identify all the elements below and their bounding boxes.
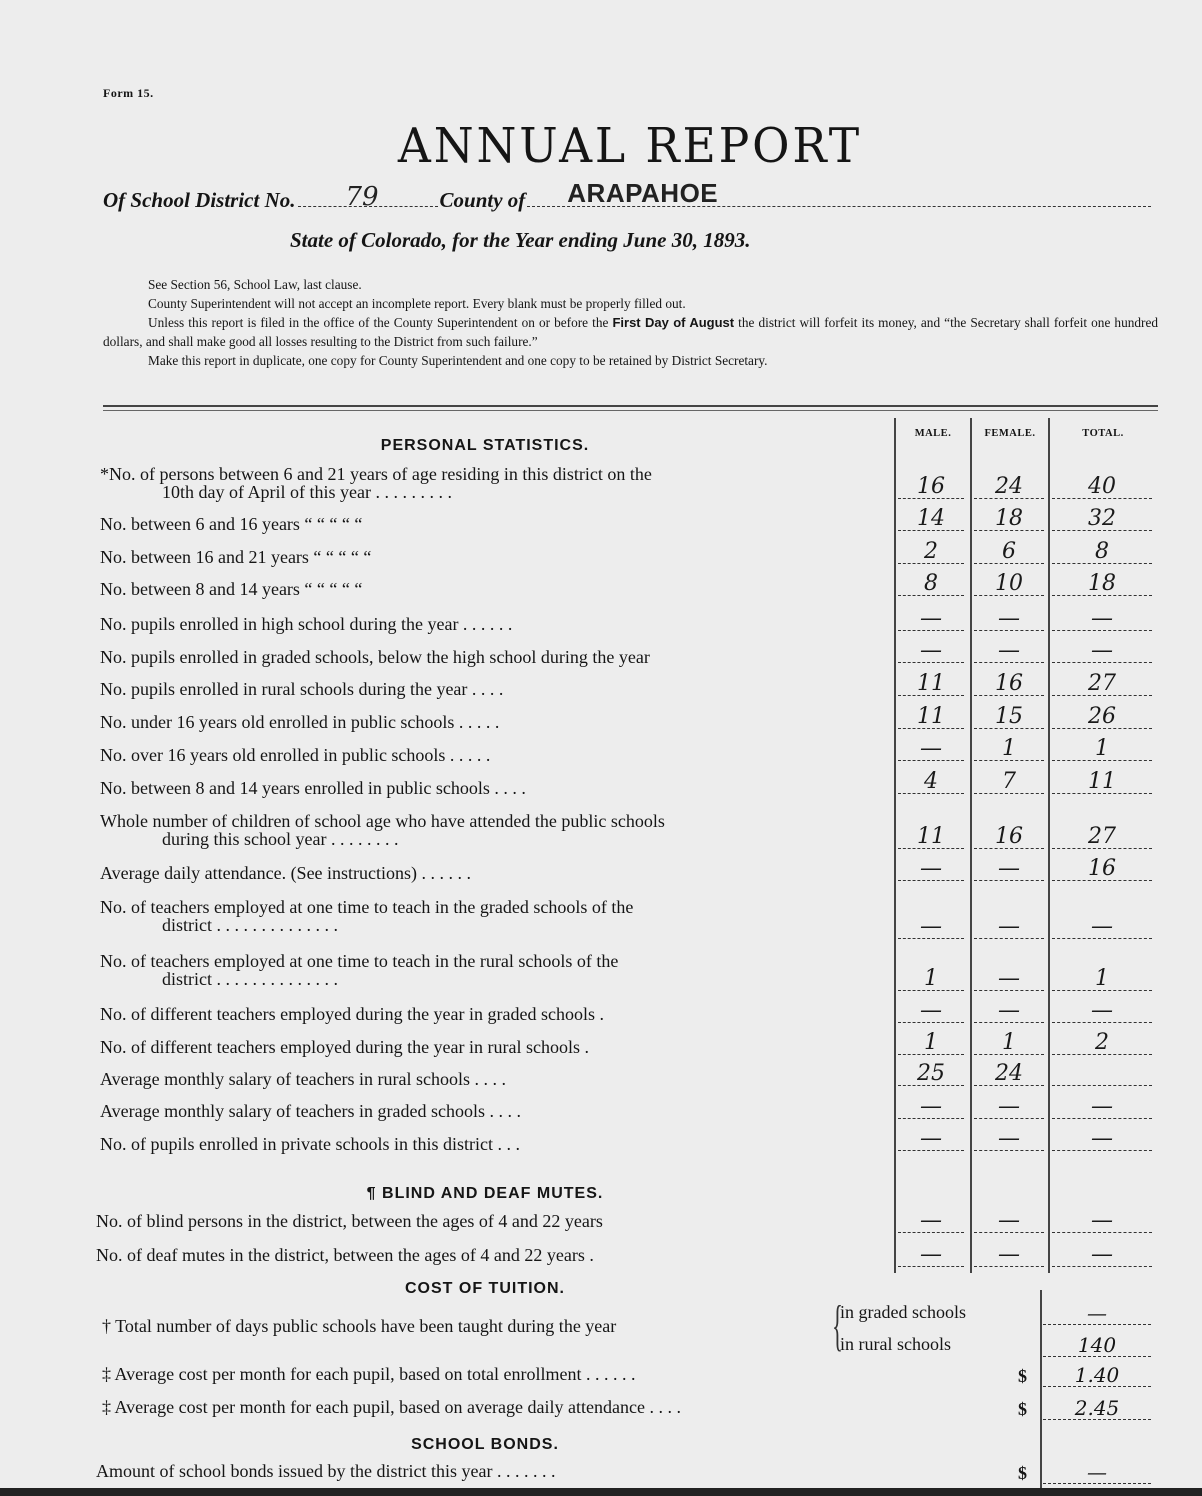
tuition-heading: COST OF TUITION. xyxy=(100,1280,870,1298)
column-total: TOTAL. xyxy=(1050,428,1156,439)
row-label-text: No. pupils enrolled in rural schools dur… xyxy=(100,679,503,699)
male-value-field[interactable]: 11 xyxy=(898,673,964,696)
total-value-field[interactable]: — xyxy=(1052,1128,1152,1151)
male-value-field[interactable]: — xyxy=(898,916,964,939)
note-section: See Section 56, School Law, last clause. xyxy=(103,275,1158,294)
female-value-field[interactable]: — xyxy=(974,1128,1044,1151)
dollar-sign: $ xyxy=(1018,1463,1027,1484)
stat-row-label: No. pupils enrolled in graded schools, b… xyxy=(100,648,870,666)
male-value-field[interactable]: — xyxy=(898,1128,964,1151)
female-value-field[interactable]: — xyxy=(974,1000,1044,1023)
note-deadline-date: First Day of August xyxy=(612,315,734,330)
cost-attendance-label: ‡ Average cost per month for each pupil,… xyxy=(102,1397,681,1418)
personal-statistics-heading: PERSONAL STATISTICS. xyxy=(100,437,870,455)
total-value-field[interactable]: 1 xyxy=(1052,968,1152,991)
female-value-field[interactable]: — xyxy=(974,1096,1044,1119)
days-taught-label: † Total number of days public schools ha… xyxy=(102,1316,616,1337)
stat-row-label: No. pupils enrolled in rural schools dur… xyxy=(100,680,870,698)
male-value-field[interactable]: — xyxy=(898,1000,964,1023)
district-line: Of School District No. 79 County of ARAP… xyxy=(103,188,1153,213)
total-value-field[interactable]: 8 xyxy=(1052,541,1152,564)
school-bonds-heading: SCHOOL BONDS. xyxy=(100,1436,870,1454)
stat-row-label: No. between 8 and 14 years “ “ “ “ “ xyxy=(100,580,870,598)
male-value-field[interactable]: 8 xyxy=(898,573,964,596)
female-value-field[interactable]: — xyxy=(974,968,1044,991)
female-value-field[interactable]: — xyxy=(974,608,1044,631)
total-value-field[interactable]: 27 xyxy=(1052,673,1152,696)
male-value-field[interactable]: 25 xyxy=(898,1063,964,1086)
female-value-field[interactable]: — xyxy=(974,916,1044,939)
total-value-field[interactable]: 32 xyxy=(1052,508,1152,531)
total-value-field[interactable]: 40 xyxy=(1052,476,1152,499)
total-value-field[interactable]: 2 xyxy=(1052,1032,1152,1055)
stat-row-label: No. of pupils enrolled in private school… xyxy=(100,1135,870,1153)
note-deadline-a: Unless this report is filed in the offic… xyxy=(148,315,612,330)
column-divider xyxy=(894,418,896,1273)
stat-row-label: No. of teachers employed at one time to … xyxy=(100,952,870,988)
stat-row-label: Average monthly salary of teachers in gr… xyxy=(100,1102,870,1120)
total-value-field[interactable]: — xyxy=(1052,1244,1152,1267)
total-value-field[interactable] xyxy=(1052,1063,1152,1086)
rural-schools-label: in rural schools xyxy=(840,1334,951,1355)
total-value-field[interactable]: 16 xyxy=(1052,858,1152,881)
row-label-text: No. of different teachers employed durin… xyxy=(100,1037,589,1057)
stat-row-label: No. of different teachers employed durin… xyxy=(100,1038,870,1056)
dollar-sign: $ xyxy=(1018,1366,1027,1387)
bonds-field[interactable]: — xyxy=(1043,1461,1151,1484)
blind-deaf-heading: ¶ BLIND AND DEAF MUTES. xyxy=(100,1185,870,1203)
female-value-field[interactable]: 15 xyxy=(974,706,1044,729)
male-value-field[interactable]: 14 xyxy=(898,508,964,531)
male-value-field[interactable]: — xyxy=(898,858,964,881)
female-value-field[interactable]: 16 xyxy=(974,673,1044,696)
stat-row-label: No. between 6 and 16 years “ “ “ “ “ xyxy=(100,515,870,533)
county-field[interactable]: ARAPAHOE xyxy=(527,192,1151,207)
stat-row-label: Average daily attendance. (See instructi… xyxy=(100,864,870,882)
total-value-field[interactable]: 26 xyxy=(1052,706,1152,729)
stat-row-label: No. of different teachers employed durin… xyxy=(100,1005,870,1023)
cost-enrollment-label: ‡ Average cost per month for each pupil,… xyxy=(102,1364,636,1385)
row-label-text: Whole number of children of school age w… xyxy=(100,811,665,831)
county-prefix: County of xyxy=(440,188,526,213)
column-divider xyxy=(970,418,972,1273)
column-divider xyxy=(1040,1290,1042,1496)
total-value-field[interactable]: 11 xyxy=(1052,771,1152,794)
total-value-field[interactable]: — xyxy=(1052,916,1152,939)
note-deadline: Unless this report is filed in the offic… xyxy=(103,313,1158,351)
row-label-text: Average monthly salary of teachers in gr… xyxy=(100,1101,521,1121)
total-value-field[interactable]: — xyxy=(1052,640,1152,663)
row-label-continued: during this school year . . . . . . . . xyxy=(100,830,870,848)
female-value-field[interactable]: 16 xyxy=(974,826,1044,849)
row-label-continued: district . . . . . . . . . . . . . . xyxy=(100,970,870,988)
male-value-field[interactable]: 1 xyxy=(898,968,964,991)
male-value-field[interactable]: — xyxy=(898,608,964,631)
male-value-field[interactable]: 16 xyxy=(898,476,964,499)
form-number: Form 15. xyxy=(103,86,154,101)
stat-row-label: Whole number of children of school age w… xyxy=(100,812,870,848)
female-value-field[interactable]: — xyxy=(974,1210,1044,1233)
stat-row-label: No. over 16 years old enrolled in public… xyxy=(100,746,870,764)
row-label-text: No. pupils enrolled in graded schools, b… xyxy=(100,647,650,667)
male-value-field[interactable]: 11 xyxy=(898,826,964,849)
instructions: See Section 56, School Law, last clause.… xyxy=(103,275,1158,370)
female-value-field[interactable]: 1 xyxy=(974,738,1044,761)
male-value-field[interactable]: — xyxy=(898,1210,964,1233)
row-label-text: No. between 6 and 16 years “ “ “ “ “ xyxy=(100,514,362,534)
total-value-field[interactable]: — xyxy=(1052,1210,1152,1233)
male-value-field[interactable]: — xyxy=(898,1096,964,1119)
male-value-field[interactable]: — xyxy=(898,640,964,663)
female-value-field[interactable]: 18 xyxy=(974,508,1044,531)
days-rural-field[interactable]: 140 xyxy=(1043,1334,1151,1357)
bottom-edge xyxy=(0,1488,1202,1496)
total-value-field[interactable]: — xyxy=(1052,608,1152,631)
stat-row-label: *No. of persons between 6 and 21 years o… xyxy=(100,465,870,501)
male-value-field[interactable]: 1 xyxy=(898,1032,964,1055)
female-value-field[interactable]: — xyxy=(974,640,1044,663)
row-label-text: No. of pupils enrolled in private school… xyxy=(100,1134,520,1154)
female-value-field[interactable]: 10 xyxy=(974,573,1044,596)
report-page: Form 15. ANNUAL REPORT Of School Distric… xyxy=(0,0,1202,1496)
row-label-continued: 10th day of April of this year . . . . .… xyxy=(100,483,870,501)
row-label-text: No. of teachers employed at one time to … xyxy=(100,951,618,971)
days-graded-field[interactable]: — xyxy=(1043,1302,1151,1325)
row-label-text: No. of different teachers employed durin… xyxy=(100,1004,604,1024)
male-value-field[interactable]: 4 xyxy=(898,771,964,794)
female-value-field[interactable]: 24 xyxy=(974,1063,1044,1086)
stat-row-label: No. under 16 years old enrolled in publi… xyxy=(100,713,870,731)
female-value-field[interactable]: 1 xyxy=(974,1032,1044,1055)
row-label-text: No. pupils enrolled in high school durin… xyxy=(100,614,512,634)
female-value-field[interactable]: — xyxy=(974,1244,1044,1267)
stat-row-label: No. pupils enrolled in high school durin… xyxy=(100,615,870,633)
female-value-field[interactable]: 24 xyxy=(974,476,1044,499)
total-value-field[interactable]: — xyxy=(1052,1000,1152,1023)
district-number: 79 xyxy=(346,182,379,212)
male-value-field[interactable]: — xyxy=(898,738,964,761)
bonds-label: Amount of school bonds issued by the dis… xyxy=(96,1461,555,1482)
stat-row-label: No. of teachers employed at one time to … xyxy=(100,898,870,934)
row-label-text: No. between 16 and 21 years “ “ “ “ “ xyxy=(100,547,371,567)
row-label-text: No. under 16 years old enrolled in publi… xyxy=(100,712,499,732)
male-value-field[interactable]: — xyxy=(898,1244,964,1267)
row-label-text: *No. of persons between 6 and 21 years o… xyxy=(100,464,652,484)
row-label-text: No. of teachers employed at one time to … xyxy=(100,897,633,917)
male-value-field[interactable]: 11 xyxy=(898,706,964,729)
note-incomplete: County Superintendent will not accept an… xyxy=(103,294,1158,313)
stat-row-label: No. between 16 and 21 years “ “ “ “ “ xyxy=(100,548,870,566)
total-value-field[interactable]: 27 xyxy=(1052,826,1152,849)
graded-schools-label: in graded schools xyxy=(840,1302,966,1323)
stat-row-label: No. between 8 and 14 years enrolled in p… xyxy=(100,779,870,797)
row-label-text: No. between 8 and 14 years enrolled in p… xyxy=(100,778,526,798)
row-label-text: No. between 8 and 14 years “ “ “ “ “ xyxy=(100,579,362,599)
note-duplicate: Make this report in duplicate, one copy … xyxy=(103,351,1158,370)
female-value-field[interactable]: — xyxy=(974,858,1044,881)
top-rule xyxy=(103,405,1158,411)
row-label-text: No. over 16 years old enrolled in public… xyxy=(100,745,490,765)
total-value-field[interactable]: — xyxy=(1052,1096,1152,1119)
county-stamp: ARAPAHOE xyxy=(567,178,718,209)
cost-enrollment-field[interactable]: 1.40 xyxy=(1043,1364,1151,1387)
female-value-field[interactable]: 7 xyxy=(974,771,1044,794)
cost-attendance-field[interactable]: 2.45 xyxy=(1043,1397,1151,1420)
column-male: MALE. xyxy=(896,428,970,439)
column-female: FEMALE. xyxy=(972,428,1048,439)
male-value-field[interactable]: 2 xyxy=(898,541,964,564)
column-divider xyxy=(1048,418,1050,1273)
state-line: State of Colorado, for the Year ending J… xyxy=(290,228,750,253)
row-label-text: Average daily attendance. (See instructi… xyxy=(100,863,471,883)
female-value-field[interactable]: 6 xyxy=(974,541,1044,564)
blind-deaf-row-label: No. of blind persons in the district, be… xyxy=(96,1212,866,1230)
stat-row-label: Average monthly salary of teachers in ru… xyxy=(100,1070,870,1088)
row-label-text: Average monthly salary of teachers in ru… xyxy=(100,1069,506,1089)
dollar-sign: $ xyxy=(1018,1399,1027,1420)
row-label-continued: district . . . . . . . . . . . . . . xyxy=(100,916,870,934)
district-prefix: Of School District No. xyxy=(103,188,296,213)
page-title: ANNUAL REPORT xyxy=(32,118,1202,174)
blind-deaf-row-label: No. of deaf mutes in the district, betwe… xyxy=(96,1246,866,1264)
total-value-field[interactable]: 18 xyxy=(1052,573,1152,596)
total-value-field[interactable]: 1 xyxy=(1052,738,1152,761)
district-number-field[interactable]: 79 xyxy=(298,192,438,207)
